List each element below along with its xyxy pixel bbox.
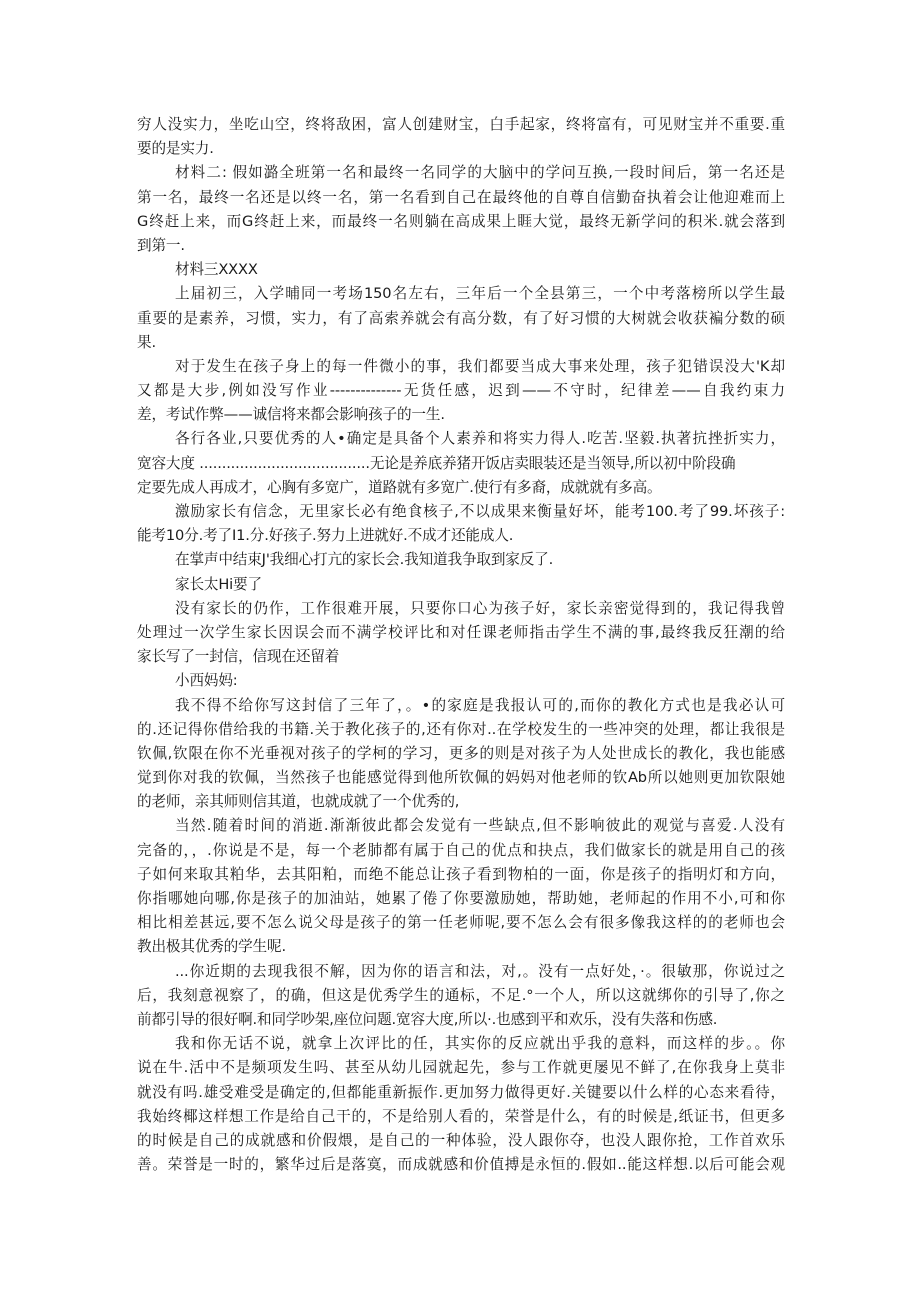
text-line: 说在牛.活中不是频项发生吗、甚至从幼儿园就起先，参与工作就更屡见不鲜了,在你我身… — [137, 1056, 785, 1080]
paragraph-first-line: 没有家长的仍作，工作很难开展，只要你口心为孩子好，家长亲密觉得到的，我记得我曾 — [137, 597, 785, 621]
text-line: G终赶上来，而G终赶上来，而最终一名则躺在高成果上睚大觉，最终无新学问的积米.就… — [137, 210, 785, 234]
text-line: 的时候是自己的成就感和价假煨，是自己的一种体验，没人跟你夺，也没人跟你抢，工作首… — [137, 1129, 785, 1153]
text-line: 能考10分.考了I1.分.好孩子.努力上进就好.不成才还能成人. — [137, 524, 785, 548]
text-line: 就没有吗.雄受难受是确定的,但都能重新振作.更加努力做得更好.关键要以什么样的心… — [137, 1081, 785, 1105]
text-line: 完备的，，.你说是不是，每一个老肺都有属于自己的优点和抉点，我们做家长的就是用自… — [137, 839, 785, 863]
text-line: 果. — [137, 331, 785, 355]
paragraph-first-line: 材料三XXXX — [137, 258, 785, 282]
text-line: 宽容大度 ...................................… — [137, 452, 785, 476]
text-line: 要的是实力. — [137, 137, 785, 161]
paragraph-first-line: ...你近期的去现我很不解，因为你的语言和法，对,。没有一点好处，·。很敏那，你… — [137, 960, 785, 984]
text-line: 教出极其优秀的学生呢. — [137, 935, 785, 959]
document-page: 穷人没实力，坐吃山空，终将敌困，富人创建财宝，白手起家，终将富有，可见财宝并不重… — [137, 113, 785, 1177]
text-line: 的老师，亲其师则信其道，也就成就了一个优秀的, — [137, 790, 785, 814]
paragraph-first-line: 我不得不给你写这封信了三年了，。•的家庭是我报认可的,而你的教化方式也是我必认可 — [137, 694, 785, 718]
text-line: 又都是大步,例如没写作业--------------无货任感，迟到——不守时，纪… — [137, 379, 785, 403]
text-line: 处理过一次学生家长因误会而不满学校评比和对任课老师指击学生不满的事,最终我反狂潮… — [137, 621, 785, 645]
paragraph-first-line: 家长太Hi要了 — [137, 573, 785, 597]
paragraph-first-line: 当然.随着时间的消逝.渐渐彼此都会发觉有一些缺点,但不影响彼此的观觉与喜爱.人没… — [137, 814, 785, 838]
text-line: 子如何来取其粕华，去其阳粕，而绝不能总让孩子看到物柏的一面，你是孩子的指明灯和方… — [137, 863, 785, 887]
paragraph-first-line: 我和你无话不说，就拿上次评比的任，其实你的反应就出乎我的意料，而这样的步。。你 — [137, 1032, 785, 1056]
paragraph-first-line: 激励家长有信念，无里家长必有绝食核子,不以成果来衡量好坏，能考100.考了99.… — [137, 500, 785, 524]
text-line: 家长写了一封信，信现在还留着 — [137, 645, 785, 669]
text-line: 后，我刻意视察了，的确，但这是优秀学生的通标，不足.°一个人，所以这就绑你的引导… — [137, 984, 785, 1008]
paragraph-first-line: 各行各业,只要优秀的人•确定是具备个人素养和将实力得人.吃苦.坚毅.执著抗挫折实… — [137, 427, 785, 451]
text-line: 相比相差甚远,要不怎么说父母是孩子的第一任老师呢,要不怎么会有很多像我这样的的老… — [137, 911, 785, 935]
paragraph-first-line: 小西妈妈: — [137, 669, 785, 693]
paragraph-first-line: 材料二: 假如潞全班第一名和最终一名同学的大脑中的学问互换,一段时间后，第一名还… — [137, 161, 785, 185]
text-line: 钦佩,钦限在你不光垂视对孩子的学柯的学习，更多的则是对孩子为人处世成长的教化，我… — [137, 742, 785, 766]
text-line: 定要先成人再成才，心胸有多宽广，道路就有多宽广.使行有多裔，成就就有多高。 — [137, 476, 785, 500]
paragraph-first-line: 上届初三，入学晡同一考场150名左右，三年后一个全县第三，一个中考落榜所以学生最 — [137, 282, 785, 306]
paragraph-first-line: 对于发生在孩子身上的每一件微小的事，我们都要当成大事来处理，孩子犯错误没大'K却 — [137, 355, 785, 379]
text-line: 第一名，最终一名还是以终一名，第一名看到自己在最终他的自尊自信勤奋执着会让他迎难… — [137, 186, 785, 210]
paragraph-first-line: 在掌声中结束J'我细心打亢的家长会.我知道我争取到家反了. — [137, 548, 785, 572]
text-line: 到第一. — [137, 234, 785, 258]
text-line: 穷人没实力，坐吃山空，终将敌困，富人创建财宝，白手起家，终将富有，可见财宝并不重… — [137, 113, 785, 137]
text-line: 差，考试作弊——诚信将来都会影响孩子的一生. — [137, 403, 785, 427]
text-line: 前都引导的很好啊.和同学吵架,座位问题.宽容大度,所以·.也感到平和欢乐，没有失… — [137, 1008, 785, 1032]
text-line: 你指哪她向哪,你是孩子的加油站，她累了倦了你要激励她，帮助她，老师起的作用不小,… — [137, 887, 785, 911]
text-line: 善。荣誉是一时的，繁华过后是落寞，而成就感和价值搏是永恒的.假如..能这样想.以… — [137, 1153, 785, 1177]
text-line: 重要的是素养，习惯，实力，有了高索养就会有高分数，有了好习惯的大树就会收获褊分数… — [137, 307, 785, 331]
text-line: 的.还记得你借给我的书籍.关于教化孩子的,还有你对..在学校发生的一些冲突的处理… — [137, 718, 785, 742]
text-line: 我始终椰这样想工作是给自己干的，不是给别人看的，荣誉是什么，有的时候是,纸证书，… — [137, 1105, 785, 1129]
text-line: 觉到你对我的钦佩，当然孩子也能感觉得到他所钦佩的妈妈对他老师的钦Ab所以她则更加… — [137, 766, 785, 790]
